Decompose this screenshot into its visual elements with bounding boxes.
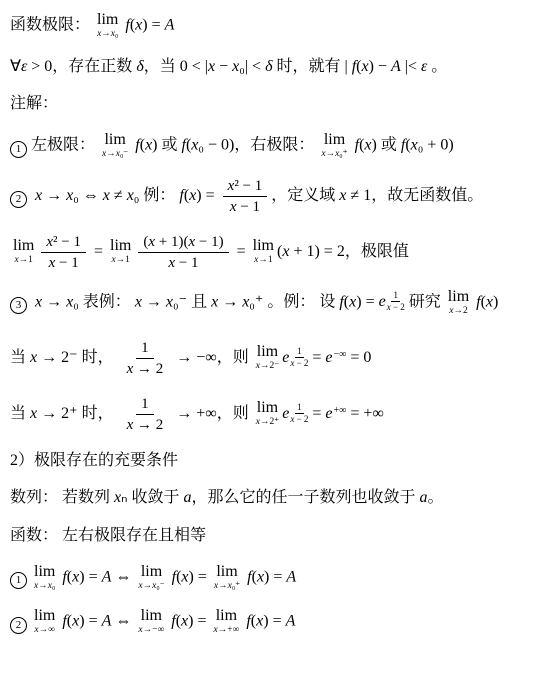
text-run: 2）极限存在的充要条件 — [10, 452, 178, 469]
formula-line-6: limx→1x² − 1x − 1 = limx→1(x + 1)(x − 1)… — [10, 233, 545, 272]
math-run: f(x) = — [167, 613, 210, 630]
formula-line-7: 3 x → x₀ 表例： x → x₀⁻ 且 x → x₀⁺ 。例： 设 f(x… — [10, 289, 545, 322]
text-run: ，则 — [217, 349, 253, 366]
lim-subscript: x→x₀⁺ — [214, 582, 240, 592]
fraction-denominator: x − 1 — [44, 253, 84, 272]
formula-line-3: 注解： — [10, 94, 545, 115]
lim-word: lim — [104, 132, 125, 148]
fraction-numerator: 1 — [136, 339, 154, 359]
lim-subscript: x→1 — [254, 256, 272, 266]
lim-word: lim — [141, 608, 162, 624]
text-run: ，极限值 — [345, 243, 409, 260]
lim-word: lim — [448, 289, 469, 305]
lim-word: lim — [110, 238, 131, 254]
math-run: f(x) = — [179, 187, 218, 204]
text-run: 。例： 设 — [267, 293, 339, 310]
lim-subscript: x→x₀ — [34, 582, 55, 592]
math-run: f(x) — [351, 137, 381, 154]
math-run: δ — [136, 58, 143, 75]
text-run: 或 — [381, 137, 401, 154]
text-run: 时， — [82, 349, 118, 366]
fraction-numerator: x² − 1 — [223, 177, 268, 197]
formula-line-9: 当 x → 2⁺ 时， 1x → 2 → +∞，则 limx→2⁺e1x − 2… — [10, 395, 545, 434]
text-run: 时， — [82, 405, 118, 422]
math-run: x → x₀ — [31, 293, 83, 310]
fraction: 1x → 2 — [122, 395, 169, 434]
lim-word: lim — [13, 238, 34, 254]
lim-subscript: x→−∞ — [138, 626, 164, 636]
fraction: 1x → 2 — [122, 339, 169, 378]
math-run: = — [308, 405, 325, 422]
text-run: 表例： — [83, 293, 135, 310]
document-page: 函数极限： limx→x₀ f(x) = A∀ε > 0，存在正数 δ，当 0 … — [0, 0, 551, 679]
fraction: (x + 1)(x − 1)x − 1 — [138, 233, 228, 272]
lim-word: lim — [257, 400, 278, 416]
math-run: 0 < |x − x₀| < δ — [180, 58, 277, 75]
fraction: x² − 1x − 1 — [223, 177, 268, 216]
limit-operator: limx→1 — [110, 238, 131, 266]
exponent-numerator: 1 — [295, 346, 304, 358]
formula-line-8: 当 x → 2⁻ 时， 1x → 2 → −∞，则 limx→2⁻e1x − 2… — [10, 339, 545, 378]
exponent-denominator: x − 2 — [290, 414, 308, 425]
text-run: 函数： 左右极限存在且相等 — [10, 527, 206, 544]
exponent-fraction: 1x − 2 — [290, 346, 308, 370]
math-run: x → x₀ ⇔ x ≠ x₀ — [31, 187, 143, 204]
limit-operator: limx→+∞ — [213, 608, 239, 636]
text-run: 或 — [162, 137, 182, 154]
exponent: +∞ — [334, 405, 347, 416]
limit-operator: limx→−∞ — [138, 608, 164, 636]
math-run: a — [184, 489, 192, 506]
exponent-numerator: 1 — [295, 402, 304, 414]
exponent: −∞ — [334, 349, 347, 360]
math-run: = — [233, 243, 250, 260]
lim-subscript: x→2⁻ — [256, 362, 279, 372]
math-run: = — [90, 243, 107, 260]
formula-line-14: 2limx→∞ f(x) = A ⇔ limx→−∞ f(x) = limx→+… — [10, 608, 545, 636]
limit-operator: limx→1 — [13, 238, 34, 266]
math-run: f(x) — [472, 293, 498, 310]
math-run: = 0 — [346, 349, 371, 366]
text-run: ，存在正数 — [52, 58, 136, 75]
math-run: a — [420, 489, 428, 506]
text-run: 研究 — [405, 293, 445, 310]
fraction-denominator: x − 1 — [163, 253, 203, 272]
text-run: 当 — [10, 405, 30, 422]
text-run: ，右极限： — [234, 137, 318, 154]
limit-operator: limx→x₀ — [97, 12, 118, 40]
circled-number: 1 — [10, 572, 27, 589]
power-expression: e−∞ — [325, 348, 346, 369]
text-run: 且 — [191, 293, 211, 310]
math-run: x → x₀⁻ — [135, 293, 191, 310]
math-run: f(x) = — [168, 568, 211, 585]
math-run: | f(x) − A |< ε — [345, 58, 432, 75]
text-run: 。 — [428, 489, 444, 506]
exponent-numerator: 1 — [391, 290, 400, 302]
math-run: f(x) = A ⇔ — [58, 568, 135, 585]
lim-word: lim — [216, 608, 237, 624]
math-run: xₙ — [114, 489, 131, 506]
text-run: 。 — [431, 58, 447, 75]
math-run: = +∞ — [346, 405, 383, 422]
limit-operator: limx→2⁺ — [256, 400, 279, 428]
math-run: x → 2⁺ — [30, 405, 82, 422]
text-run: 例： — [143, 187, 179, 204]
math-run: f(x) — [131, 137, 161, 154]
lim-subscript: x→x₀⁻ — [138, 582, 164, 592]
text-run: ，当 — [144, 58, 180, 75]
limit-operator: limx→x₀⁺ — [214, 564, 240, 592]
formula-line-11: 数列： 若数列 xₙ 收敛于 a，那么它的任一子数列也收敛于 a。 — [10, 488, 545, 509]
fraction-denominator: x → 2 — [122, 359, 169, 378]
math-run: f(x₀ − 0) — [182, 137, 235, 154]
math-run: f(x) = A — [121, 16, 174, 33]
math-run: x → x₀⁺ — [211, 293, 267, 310]
lim-word: lim — [216, 564, 237, 580]
lim-word: lim — [34, 564, 55, 580]
lim-subscript: x→∞ — [34, 626, 55, 636]
fraction: x² − 1x − 1 — [41, 233, 86, 272]
math-run: → +∞ — [172, 405, 216, 422]
math-run: ∀ε > 0 — [10, 58, 52, 75]
math-run: → −∞ — [172, 349, 216, 366]
text-run: ，定义域 — [271, 187, 339, 204]
fraction-denominator: x − 1 — [225, 197, 265, 216]
limit-operator: limx→∞ — [34, 608, 55, 636]
formula-line-4: 1左极限： limx→x₀⁻ f(x) 或 f(x₀ − 0)，右极限： lim… — [10, 132, 545, 160]
text-run: 时，就有 — [277, 58, 345, 75]
text-run: 函数极限： — [10, 16, 94, 33]
math-run: x → 2⁻ — [30, 349, 82, 366]
math-run: f(x) = A — [242, 613, 295, 630]
lim-subscript: x→x₀⁺ — [321, 150, 347, 160]
math-run: f(x₀ + 0) — [401, 137, 454, 154]
math-run: x ≠ 1 — [339, 187, 371, 204]
limit-operator: limx→x₀⁻ — [102, 132, 128, 160]
limit-operator: limx→x₀⁺ — [321, 132, 347, 160]
lim-word: lim — [97, 12, 118, 28]
lim-subscript: x→x₀⁻ — [102, 150, 128, 160]
text-run: ，故无函数值。 — [371, 187, 483, 204]
circled-number: 2 — [10, 191, 27, 208]
circled-number: 2 — [10, 617, 27, 634]
fraction-denominator: x → 2 — [122, 415, 169, 434]
exponent-denominator: x − 2 — [290, 358, 308, 369]
lim-word: lim — [324, 132, 345, 148]
lim-word: lim — [141, 564, 162, 580]
limit-operator: limx→2 — [448, 289, 469, 317]
e-power-fraction: e1x − 2 — [282, 348, 308, 378]
exponent-fraction: 1x − 2 — [387, 290, 405, 314]
formula-line-1: 函数极限： limx→x₀ f(x) = A — [10, 12, 545, 40]
exponent-denominator: x − 2 — [387, 302, 405, 313]
formula-line-2: ∀ε > 0，存在正数 δ，当 0 < |x − x₀| < δ 时，就有 | … — [10, 57, 545, 78]
limit-operator: limx→1 — [253, 238, 274, 266]
power-expression: e+∞ — [325, 404, 346, 425]
math-run: (x + 1) = 2 — [277, 243, 345, 260]
lim-subscript: x→x₀ — [97, 30, 118, 40]
fraction-numerator: 1 — [136, 395, 154, 415]
lim-subscript: x→1 — [14, 256, 32, 266]
limit-operator: limx→x₀ — [34, 564, 55, 592]
lim-subscript: x→2 — [449, 307, 467, 317]
e-power-fraction: e1x − 2 — [379, 292, 405, 322]
formula-line-12: 函数： 左右极限存在且相等 — [10, 526, 545, 547]
lim-word: lim — [257, 344, 278, 360]
text-run: 注解： — [10, 95, 58, 112]
text-run: 当 — [10, 349, 30, 366]
limit-operator: limx→2⁻ — [256, 344, 279, 372]
formula-line-5: 2 x → x₀ ⇔ x ≠ x₀ 例： f(x) = x² − 1x − 1，… — [10, 177, 545, 216]
fraction-numerator: (x + 1)(x − 1) — [138, 233, 228, 253]
text-run: 左极限： — [31, 137, 99, 154]
math-run: f(x) = — [339, 293, 378, 310]
formula-line-10: 2）极限存在的充要条件 — [10, 451, 545, 472]
circled-number: 3 — [10, 297, 27, 314]
text-run: 数列： 若数列 — [10, 489, 114, 506]
formula-line-13: 1limx→x₀ f(x) = A ⇔ limx→x₀⁻ f(x) = limx… — [10, 564, 545, 592]
limit-operator: limx→x₀⁻ — [138, 564, 164, 592]
e-power-fraction: e1x − 2 — [282, 404, 308, 434]
lim-word: lim — [34, 608, 55, 624]
lim-subscript: x→2⁺ — [256, 418, 279, 428]
math-run: f(x) = A ⇔ — [58, 613, 135, 630]
math-run: = — [308, 349, 325, 366]
lim-subscript: x→1 — [111, 256, 129, 266]
math-run: f(x) = A — [243, 568, 296, 585]
lim-word: lim — [253, 238, 274, 254]
fraction-numerator: x² − 1 — [41, 233, 86, 253]
circled-number: 1 — [10, 141, 27, 158]
exponent-fraction: 1x − 2 — [290, 402, 308, 426]
text-run: 收敛于 — [132, 489, 184, 506]
text-run: ，则 — [217, 405, 253, 422]
lim-subscript: x→+∞ — [213, 626, 239, 636]
text-run: ，那么它的任一子数列也收敛于 — [192, 489, 420, 506]
